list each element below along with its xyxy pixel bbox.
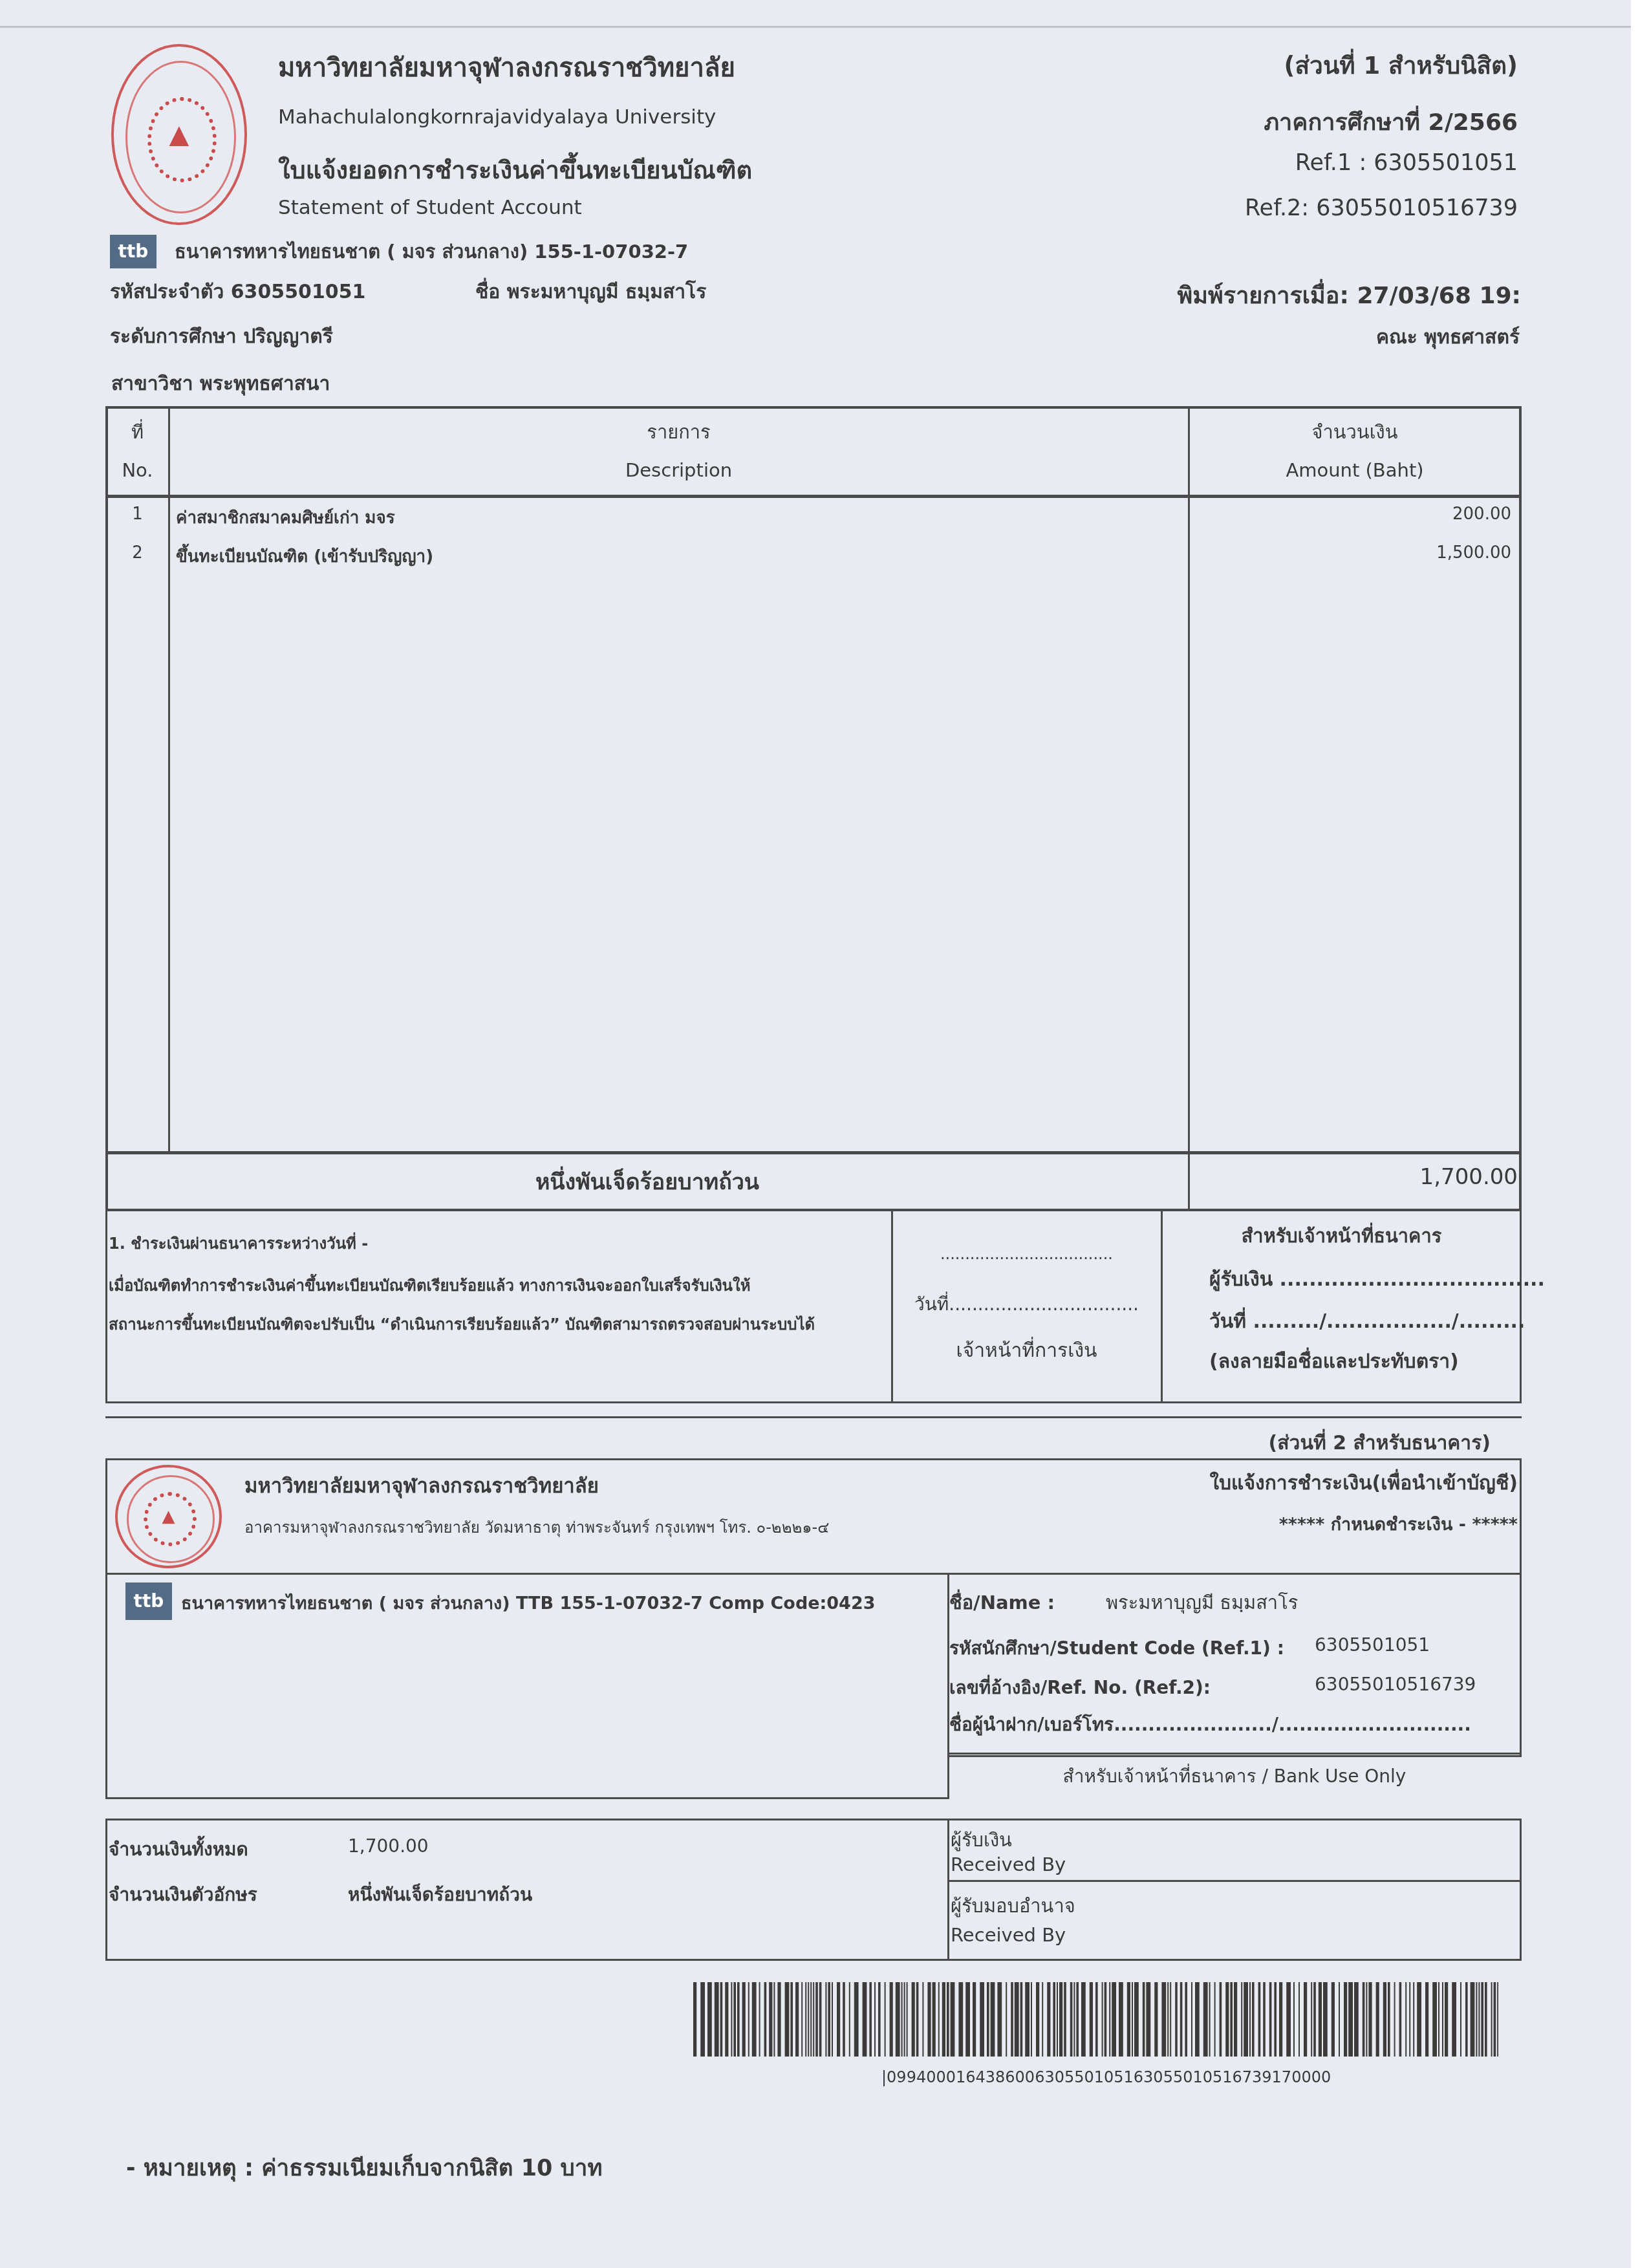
header-amount-en: Amount (Baht): [1190, 459, 1520, 481]
payment-barcode: [693, 1982, 1498, 2057]
payment-note-1: 1. ชำระเงินผ่านธนาคารระหว่างวันที่ -: [109, 1231, 368, 1256]
part1-label: (ส่วนที่ 1 สำหรับนิสิต): [1284, 47, 1518, 85]
header-desc-en: Description: [169, 459, 1188, 481]
part2-bank-account: ธนาคารทหารไทยธนชาต ( มจร ส่วนกลาง) TTB 1…: [181, 1589, 875, 1617]
payment-note-3: สถานะการขึ้นทะเบียนบัณฑิตจะปรับเป็น “ดำเ…: [109, 1312, 815, 1337]
ref-no-label: เลขที่อ้างอิง/Ref. No. (Ref.2):: [949, 1674, 1211, 1702]
name-label: ชื่อ/Name :: [949, 1588, 1055, 1617]
header-desc-th: รายการ: [169, 417, 1188, 447]
total-in-words: หนึ่งพันเจ็ดร้อยบาทถ้วน: [107, 1164, 1188, 1199]
part2-university-name: มหาวิทยาลัยมหาจุฬาลงกรณราชวิทยาลัย: [244, 1469, 599, 1502]
ref1: Ref.1 : 6305501051: [1295, 150, 1518, 176]
student-code-value: 6305501051: [1315, 1634, 1430, 1656]
row-no: 1: [107, 504, 168, 524]
finance-officer-title: เจ้าหน้าที่การเงิน: [892, 1335, 1161, 1366]
header-amount-th: จำนวนเงิน: [1190, 417, 1520, 447]
depositor-line: ชื่อผู้นำฝาก/เบอร์โทร...................…: [949, 1711, 1471, 1739]
ref2: Ref.2: 63055010516739: [1245, 195, 1518, 221]
part2-label: (ส่วนที่ 2 สำหรับธนาคาร): [1269, 1428, 1491, 1458]
bank-account: ธนาคารทหารไทยธนชาต ( มจร ส่วนกลาง) 155-1…: [175, 237, 688, 266]
university-seal-logo: ▲: [111, 44, 247, 225]
ref-no-value: 63055010516739: [1315, 1674, 1476, 1695]
authorized-by-th: ผู้รับมอบอำนาจ: [951, 1891, 1075, 1921]
university-seal-logo-small: ▲: [115, 1465, 222, 1568]
payment-slip-title: ใบแจ้งการชำระเงิน(เพื่อนำเข้าบัญชี): [1209, 1468, 1518, 1498]
cut-line: [105, 1416, 1522, 1418]
amount-words-label: จำนวนเงินตัวอักษร: [109, 1881, 257, 1909]
received-by-en: Received By: [951, 1853, 1066, 1875]
bank-sign-note: (ลงลายมือชื่อและประทับตรา): [1209, 1346, 1459, 1377]
university-name-en: Mahachulalongkornrajavidyalaya Universit…: [278, 105, 716, 129]
row-description: ขึ้นทะเบียนบัณฑิต (เข้ารับปริญญา): [176, 543, 433, 570]
page-edge: [1631, 0, 1649, 2268]
payment-due-line: ***** กำหนดชำระเงิน - *****: [1279, 1510, 1518, 1538]
semester: ภาคการศึกษาที่ 2/2566: [1264, 103, 1518, 140]
footer-note: - หมายเหตุ : ค่าธรรมเนียมเก็บจากนิสิต 10…: [126, 2150, 602, 2186]
bank-date-line: วันที่ ........./................./.....…: [1209, 1306, 1525, 1337]
ttb-bank-logo-small: ttb: [125, 1582, 172, 1620]
table-col-divider: [168, 407, 170, 1151]
printed-at: พิมพ์รายการเมื่อ: 27/03/68 19:: [1178, 277, 1521, 314]
document-title-th: ใบแจ้งยอดการชำระเงินค่าขึ้นทะเบียนบัณฑิต: [278, 150, 752, 189]
university-name-th: มหาวิทยาลัยมหาจุฬาลงกรณราชวิทยาลัย: [278, 47, 735, 88]
total-amount-value: 1,700.00: [348, 1835, 429, 1857]
degree-level: ระดับการศึกษา ปริญญาตรี: [110, 321, 333, 352]
row-no: 2: [107, 543, 168, 563]
amount-words-value: หนึ่งพันเจ็ดร้อยบาทถ้วน: [348, 1881, 532, 1909]
student-name: ชื่อ พระมหาบุญมี ธมฺมสาโร: [475, 277, 706, 307]
faculty: คณะ พุทธศาสตร์: [1376, 322, 1520, 352]
row-description: ค่าสมาชิกสมาคมศิษย์เก่า มจร: [176, 504, 395, 531]
ttb-bank-logo: ttb: [110, 235, 156, 268]
payment-note-2: เมื่อบัณฑิตทำการชำระเงินค่าขึ้นทะเบียนบั…: [109, 1273, 751, 1298]
receiver-divider: [949, 1880, 1520, 1882]
row-amount: 1,500.00: [1436, 543, 1511, 563]
bank-use-only: สำหรับเจ้าหน้าที่ธนาคาร / Bank Use Only: [949, 1762, 1520, 1791]
student-id: รหัสประจำตัว 6305501051: [110, 277, 365, 307]
row-amount: 200.00: [1452, 504, 1511, 524]
part2-address: อาคารมหาจุฬาลงกรณราชวิทยาลัย วัดมหาธาตุ …: [244, 1515, 829, 1540]
major: สาขาวิชา พระพุทธศาสนา: [111, 369, 330, 399]
bank-receiver-line: ผู้รับเงิน .............................…: [1209, 1264, 1545, 1295]
table-col-divider: [1188, 407, 1190, 1209]
name-value: พระมหาบุญมี ธมฺมสาโร: [1106, 1588, 1298, 1617]
payer-info-divider: [949, 1753, 1520, 1755]
finance-date-line: วันที่.................................: [892, 1290, 1161, 1319]
table-header-divider: [107, 495, 1520, 498]
received-by-th: ผู้รับเงิน: [951, 1825, 1012, 1855]
bank-officer-title: สำหรับเจ้าหน้าที่ธนาคาร: [1162, 1221, 1521, 1251]
barcode-number: |099400016438600630550105163055010516739…: [881, 2068, 1331, 2086]
header-no-th: ที่: [107, 417, 168, 447]
scan-artifact-line: [0, 26, 1649, 28]
total-amount-label: จำนวนเงินทั้งหมด: [109, 1835, 248, 1864]
document-title-en: Statement of Student Account: [278, 196, 582, 219]
authorized-by-en: Received By: [951, 1924, 1066, 1946]
total-amount: 1,700.00: [1420, 1164, 1518, 1190]
header-no-en: No.: [107, 459, 168, 481]
table-total-divider: [107, 1151, 1520, 1154]
finance-signature-line: ...................................: [892, 1245, 1161, 1263]
student-code-label: รหัสนักศึกษา/Student Code (Ref.1) :: [949, 1634, 1284, 1663]
